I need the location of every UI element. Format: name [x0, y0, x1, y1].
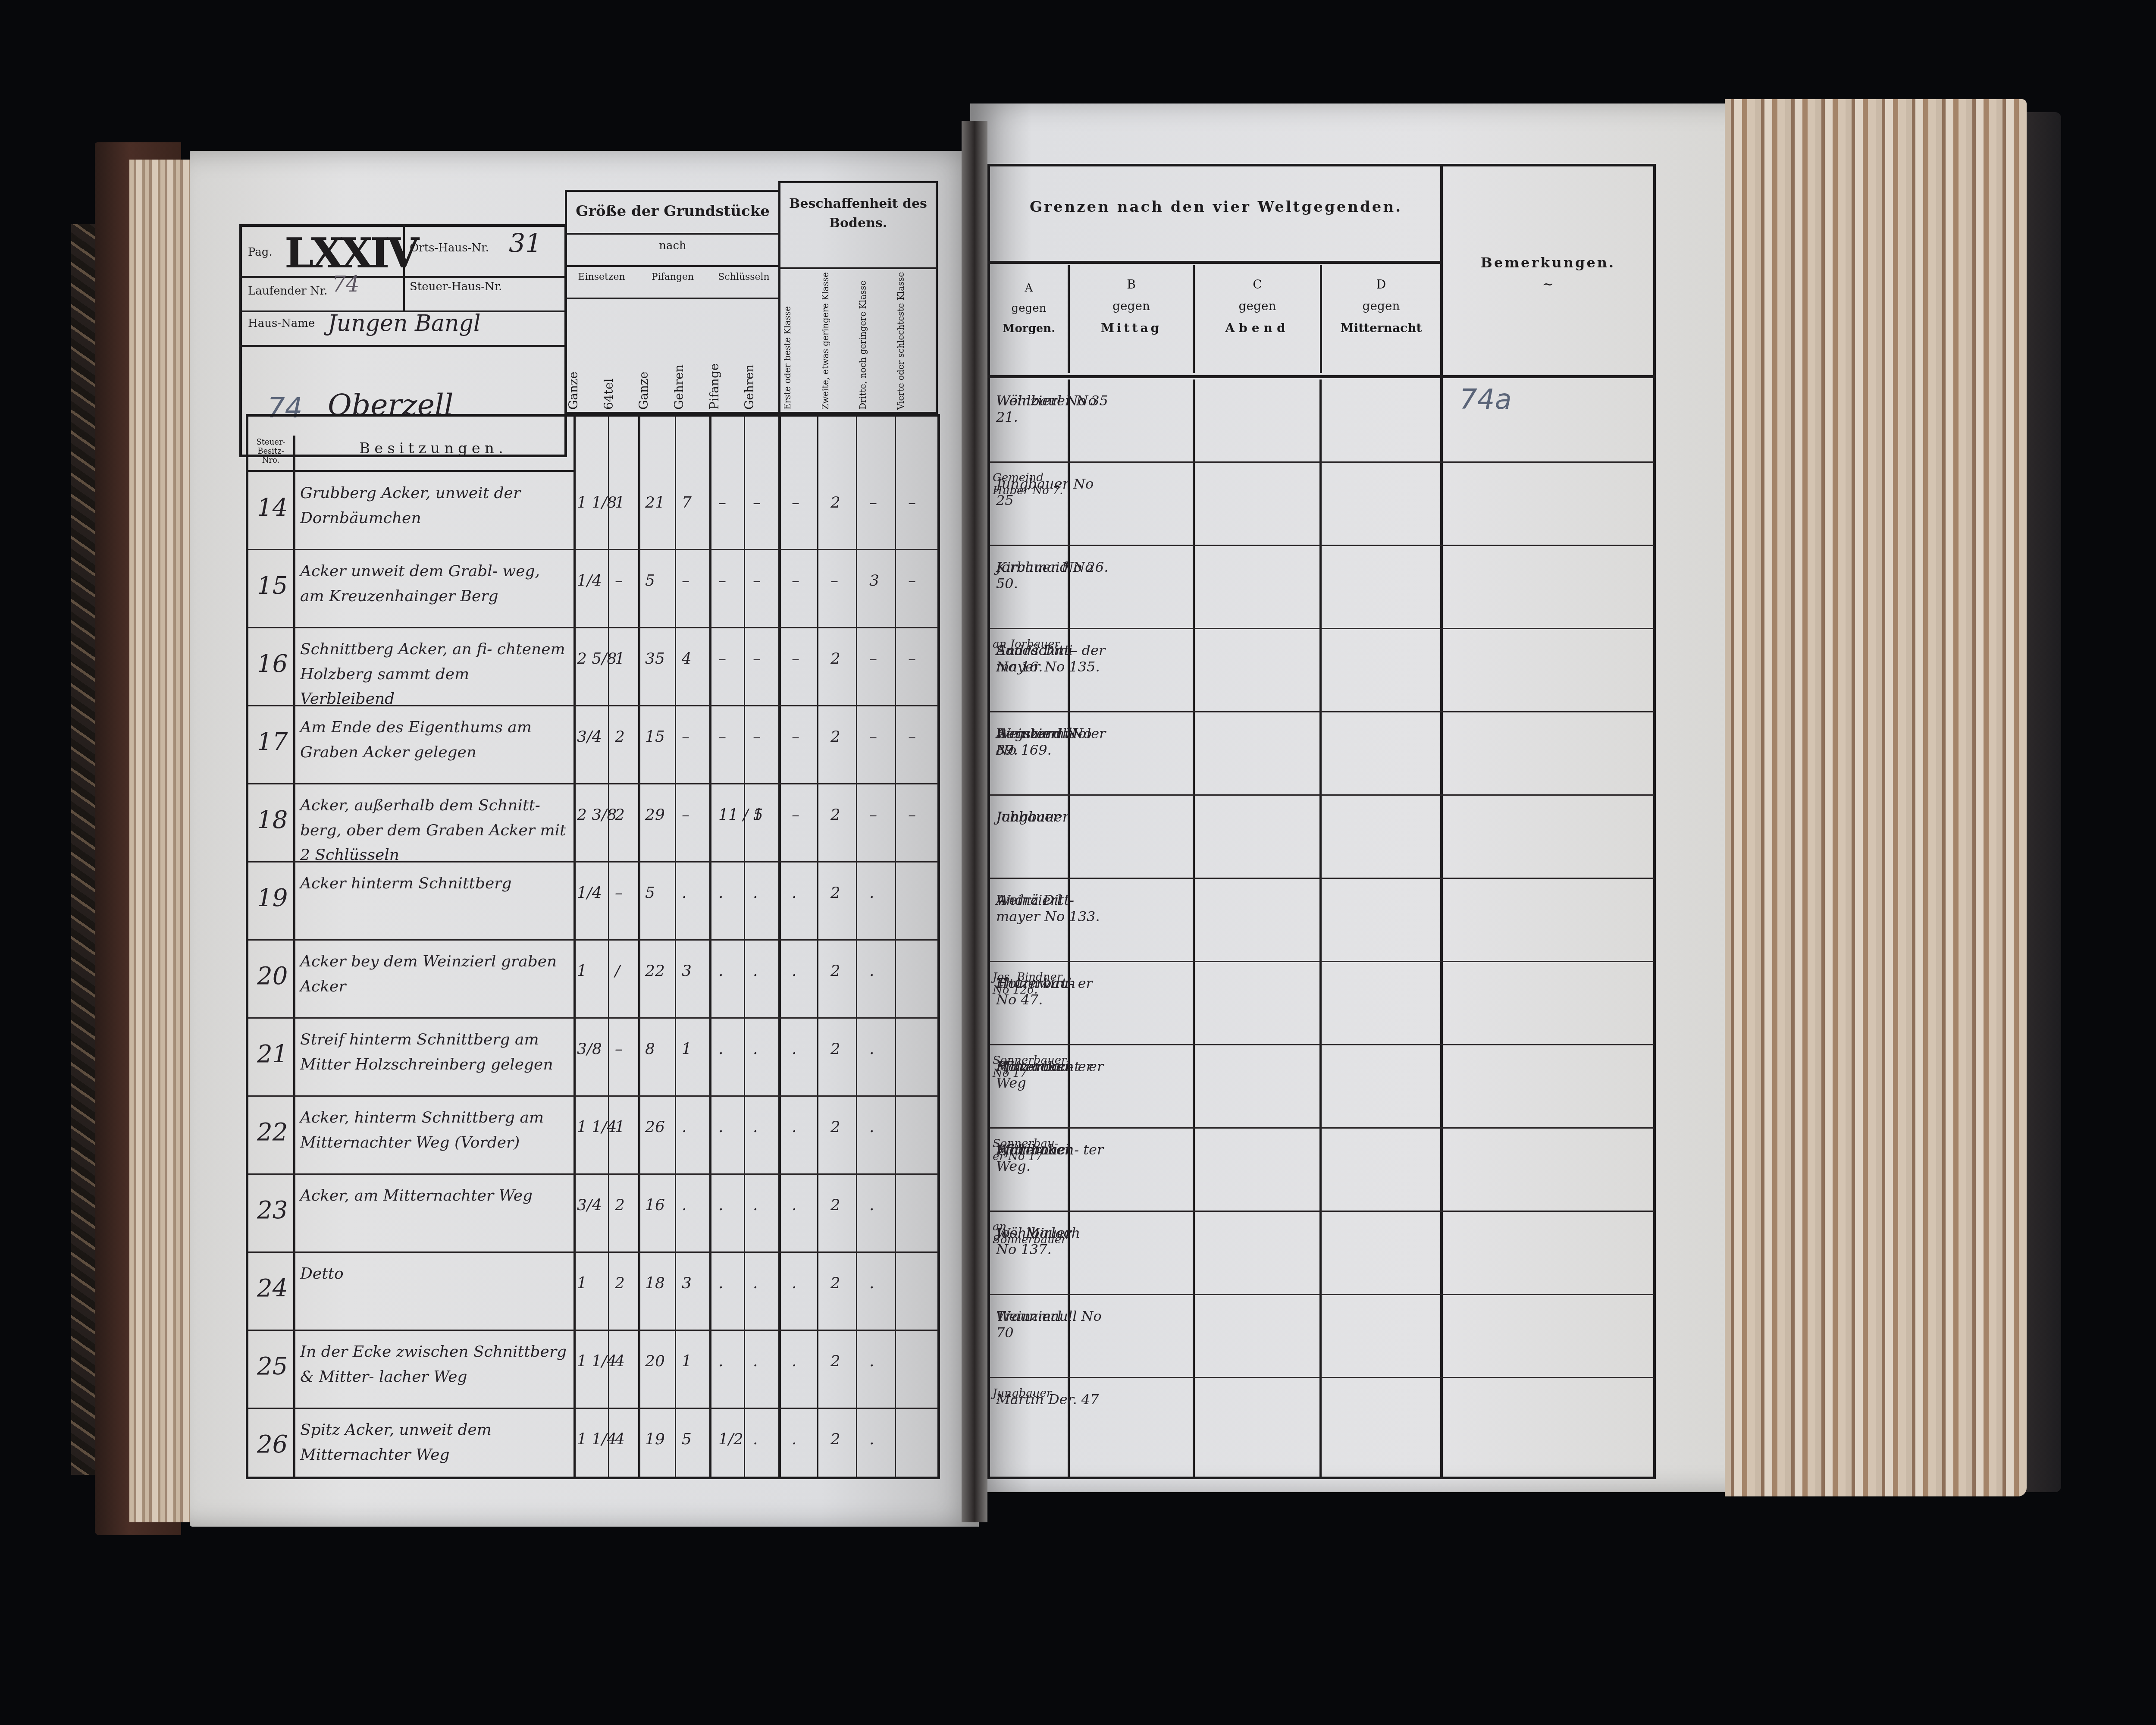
- right-page-columns-1-gegen: gegen: [1070, 295, 1193, 317]
- laufender-nr-value: 74: [332, 272, 360, 297]
- left-page-rows-0-k3: –: [869, 494, 877, 511]
- left-page-rows-11-nro: 25: [257, 1352, 288, 1380]
- right-page-rows-0-d: Wöhlbauer No 21.: [990, 379, 1111, 438]
- left-page-rows-2-nro: 16: [257, 650, 288, 678]
- right-page-columns-0-direction: Morgen.: [990, 319, 1068, 339]
- left-page-rows-7-nro: 21: [257, 1040, 288, 1068]
- left-page-rows-4-pifangen-ganze: 29: [645, 806, 665, 824]
- left-page-rows-1-einsetzen-ganze: 1/4: [577, 572, 602, 590]
- left-page-rows-5-nro: 19: [257, 884, 288, 912]
- left-page-rows-6-desc: Acker bey dem Weinzierl graben Acker: [300, 949, 567, 999]
- table-row[interactable]: Jorbauer No 26. Kirchmaid No 50.: [990, 546, 1654, 629]
- left-page-rows-2-desc: Schnittberg Acker, an fi- chtenem Holzbe…: [300, 637, 567, 712]
- left-page-rows-2-k1: –: [792, 650, 799, 668]
- left-page-rows-10-pifange: .: [718, 1274, 723, 1292]
- left-page-rows-11-einsetzen-64tel: 4: [615, 1352, 625, 1370]
- left-page-rows-3-k2: 2: [830, 728, 840, 746]
- left-page-rows-12-desc: Spitz Acker, unweit dem Mitternachter We…: [300, 1418, 567, 1467]
- left-rows: 14 Grubberg Acker, unweit der Dornbäumch…: [248, 472, 938, 1486]
- table-row[interactable]: Traunmaull No 70 Weinzierl: [990, 1295, 1654, 1378]
- klasse-1: Erste oder beste Klasse: [783, 272, 821, 410]
- left-page-rows-0-k1: –: [792, 494, 799, 511]
- table-row[interactable]: Jungbauer · Martin Der. 47: [990, 1378, 1654, 1460]
- left-page-rows-5-desc: Acker hinterm Schnittberg: [300, 871, 567, 896]
- table-row[interactable]: an Jorbauer Sandschmi- der No 16. Andrä …: [990, 629, 1654, 712]
- left-page-rows-1-pifangen-ganze: 5: [645, 572, 655, 590]
- right-page-columns-2-gegen: gegen: [1195, 295, 1320, 317]
- left-page-rows-10-k3: .: [869, 1274, 874, 1292]
- left-page-rows-5-k1: .: [792, 884, 796, 902]
- einsetzen-label: Einsetzen: [567, 272, 636, 282]
- schluesseln-label: Schlüsseln: [709, 272, 778, 282]
- left-page-rows-4-k2: 2: [830, 806, 840, 824]
- col-b-header: BgegenMittag: [1070, 265, 1195, 373]
- left-page-rows-5-einsetzen-ganze: 1/4: [577, 884, 602, 902]
- table-row[interactable]: 18 Acker, außerhalb dem Schnitt- berg, o…: [248, 784, 938, 862]
- left-page-rows-0-pifangen-gehren: 7: [682, 494, 692, 511]
- left-page-rows-0-k4: –: [908, 494, 916, 511]
- left-page-rows-12-einsetzen-ganze: 1 1/4: [577, 1430, 617, 1448]
- right-page-columns-3-direction: Mitternacht: [1322, 317, 1440, 339]
- left-page-rows-2-einsetzen-64tel: 1: [615, 650, 625, 668]
- left-page-rows-1-k2: –: [830, 572, 838, 590]
- left-page-rows-0-k2: 2: [830, 494, 840, 511]
- table-row[interactable]: 14 Grubberg Acker, unweit der Dornbäumch…: [248, 472, 938, 550]
- left-page-rows-6-einsetzen-ganze: 1: [577, 962, 587, 980]
- left-page-rows-12-nro: 26: [257, 1430, 288, 1458]
- right-page-columns-0-letter: A: [990, 278, 1068, 298]
- left-page-rows-4-einsetzen-64tel: 2: [615, 806, 625, 824]
- left-page-rows-3-einsetzen-64tel: 2: [615, 728, 625, 746]
- left-page-rows-0-gehren: –: [753, 494, 761, 511]
- left-page-rows-2-einsetzen-ganze: 2 5/8: [577, 650, 617, 668]
- left-page-rows-6-pifange: .: [718, 962, 723, 980]
- right-page-rows-8-d: Pfarracker: [990, 1045, 1111, 1088]
- left-page-rows-3-k4: –: [908, 728, 916, 746]
- left-page-rows-3-pifangen-ganze: 15: [645, 728, 665, 746]
- left-page-rows-12-k2: 2: [830, 1430, 840, 1448]
- left-page-rows-12-k3: .: [869, 1430, 874, 1448]
- left-page-rows-3-einsetzen-ganze: 3/4: [577, 728, 602, 746]
- right-page-columns-2-direction: Abend: [1195, 317, 1320, 339]
- left-page-rows-8-nro: 22: [257, 1118, 288, 1146]
- left-page-rows-2-pifangen-ganze: 35: [645, 650, 665, 668]
- table-row[interactable]: Sonnerbau- er No 17 Pfarracker Mitternac…: [990, 1129, 1654, 1212]
- left-page-rows-7-gehren: .: [753, 1040, 758, 1058]
- left-page-rows-4-nro: 18: [257, 806, 288, 834]
- left-page-rows-12-pifange: 1/2: [718, 1430, 743, 1448]
- left-page-rows-3-pifangen-gehren: –: [682, 728, 689, 746]
- left-page-rows-8-gehren: .: [753, 1118, 758, 1136]
- left-page-rows-3-pifange: –: [718, 728, 726, 746]
- left-page-rows-7-k2: 2: [830, 1040, 840, 1058]
- left-page-rows-1-desc: Acker unweit dem Grabl- weg, am Kreuzenh…: [300, 559, 567, 608]
- besitzungen-label: Besitzungen.: [298, 440, 569, 457]
- subcol-schluesseln-pifange: Pifange: [708, 302, 743, 410]
- left-page-rows-7-einsetzen-64tel: –: [615, 1040, 623, 1058]
- left-page-rows-6-k1: .: [792, 962, 796, 980]
- left-page-rows-1-k3: 3: [869, 572, 879, 590]
- left-page-rows-10-einsetzen-ganze: 1: [577, 1274, 587, 1292]
- left-page-rows-10-pifangen-ganze: 18: [645, 1274, 665, 1292]
- left-page-rows-8-pifange: .: [718, 1118, 723, 1136]
- right-page-rows-5-d: Jobbauer: [990, 796, 1111, 838]
- left-page-rows-7-pifangen-gehren: 1: [682, 1040, 692, 1058]
- left-page-rows-11-k3: .: [869, 1352, 874, 1370]
- left-page-rows-11-einsetzen-ganze: 1 1/4: [577, 1352, 617, 1370]
- right-page-rows-12-d: [990, 1378, 1111, 1404]
- haus-name-value: Jungen Bangl: [328, 310, 481, 336]
- left-page-rows-8-pifangen-gehren: .: [682, 1118, 686, 1136]
- pag-label: Pag.: [248, 246, 273, 259]
- table-row[interactable]: 24 Detto 1 2 18 3 . . . 2 .: [248, 1253, 938, 1331]
- left-page-rows-6-pifangen-ganze: 22: [645, 962, 665, 980]
- left-page-rows-6-k2: 2: [830, 962, 840, 980]
- left-page-rows-5-pifangen-ganze: 5: [645, 884, 655, 902]
- left-page-rows-1-k4: –: [908, 572, 916, 590]
- subcol-einsetzen-64tel: 64tel: [602, 302, 638, 410]
- left-page-rows-4-gehren: 1: [753, 806, 763, 824]
- table-row[interactable]: Weinzierl No 35 Wöhlbauer No 21.: [990, 379, 1654, 463]
- left-page-rows-5-gehren: .: [753, 884, 758, 902]
- left-page-rows-6-einsetzen-64tel: /: [615, 962, 620, 980]
- left-page-rows-10-desc: Detto: [300, 1261, 567, 1286]
- left-page-rows-1-pifange: –: [718, 572, 726, 590]
- col-a-header: AgegenMorgen.: [990, 265, 1070, 373]
- pag-value: LXXIV: [285, 229, 417, 277]
- col-d-header: DgegenMitternacht: [1322, 265, 1440, 373]
- left-page-rows-0-desc: Grubberg Acker, unweit der Dornbäumchen: [300, 481, 567, 530]
- left-page-rows-10-nro: 24: [257, 1274, 288, 1302]
- right-page-rows-9-d: Wöhlbauer: [990, 1129, 1111, 1171]
- klasse-subcolumns: Erste oder beste Klasse Zweite, etwas ge…: [783, 272, 934, 410]
- left-page-rows-0-einsetzen-64tel: 1: [615, 494, 625, 511]
- size-subcolumns: Ganze 64tel Ganze Gehren Pifange Gehren: [567, 302, 778, 410]
- orts-haus-nr-value: 31: [509, 229, 542, 259]
- left-page-rows-1-k1: –: [792, 572, 799, 590]
- left-page-rows-7-desc: Streif hinterm Schnittberg am Mitter Hol…: [300, 1027, 567, 1077]
- left-page-rows-11-pifange: .: [718, 1352, 723, 1370]
- book-gutter: [962, 121, 987, 1522]
- left-page-rows-9-k2: 2: [830, 1196, 840, 1214]
- haus-name-label: Haus-Name: [248, 317, 315, 330]
- right-page-rows-2-d: Kirchmaid No 50.: [990, 546, 1111, 605]
- left-page-rows-9-k1: .: [792, 1196, 796, 1214]
- table-row[interactable]: Sonnerbauer No 17 Holzerbau- er Mitterna…: [990, 1045, 1654, 1129]
- table-row[interactable]: Gemeind Huber No 7. Jungbauer No 25: [990, 463, 1654, 546]
- right-page-columns-3-gegen: gegen: [1322, 295, 1440, 317]
- left-page-rows-4-k1: –: [792, 806, 799, 824]
- left-page-rows-3-desc: Am Ende des Eigenthums am Graben Acker g…: [300, 715, 567, 765]
- left-page-rows-2-pifange: –: [718, 650, 726, 668]
- table-row[interactable]: an Sonnerbauer Wöhlbauer Jos. Mirlach No…: [990, 1212, 1654, 1295]
- left-page-rows-9-k3: .: [869, 1196, 874, 1214]
- direction-headers: AgegenMorgen. BgegenMittag CgegenAbend D…: [990, 265, 1440, 373]
- left-page-rows-1-pifangen-gehren: –: [682, 572, 689, 590]
- left-page-rows-8-k1: .: [792, 1118, 796, 1136]
- orts-haus-nr-label: Orts-Haus-Nr.: [410, 241, 489, 254]
- left-page-rows-11-pifangen-ganze: 20: [645, 1352, 665, 1370]
- left-page-rows-4-k4: –: [908, 806, 916, 824]
- right-rows: Weinzierl No 35 Wöhlbauer No 21. Gemeind…: [990, 379, 1654, 1460]
- left-page-rows-3-gehren: –: [753, 728, 761, 746]
- left-page-rows-3-k1: –: [792, 728, 799, 746]
- left-page-rows-5-k2: 2: [830, 884, 840, 902]
- left-page-rows-12-gehren: .: [753, 1430, 758, 1448]
- table-row[interactable]: 26 Spitz Acker, unweit dem Mitternachter…: [248, 1409, 938, 1486]
- laufender-nr-label: Laufender Nr.: [248, 285, 328, 298]
- right-page-columns-0-gegen: gegen: [990, 298, 1068, 319]
- right-page-rows-7-d: Holzerbau- er No 47.: [990, 962, 1111, 1021]
- pifangen-label: Pifangen: [638, 272, 707, 282]
- right-page-rows-3-d: Andrä Ditt- mayer No 135.: [990, 629, 1111, 688]
- table-row[interactable]: 23 Acker, am Mitternachter Weg 3/4 2 16 …: [248, 1175, 938, 1253]
- right-page-columns-1-letter: B: [1070, 274, 1193, 295]
- right-page-columns-3-letter: D: [1322, 274, 1440, 295]
- right-page-rows-4-d: Weinzierl No 39: [990, 712, 1111, 771]
- table-row[interactable]: 17 Am Ende des Eigenthums am Graben Acke…: [248, 706, 938, 784]
- left-page-rows-4-desc: Acker, außerhalb dem Schnitt- berg, ober…: [300, 793, 567, 868]
- table-row[interactable]: 25 In der Ecke zwischen Schnittberg & Mi…: [248, 1331, 938, 1409]
- left-page-rows-10-k1: .: [792, 1274, 796, 1292]
- bemerkungen-header: Bemerkungen.: [1445, 254, 1651, 271]
- left-page-rows-9-einsetzen-ganze: 3/4: [577, 1196, 602, 1214]
- nach-label: nach: [569, 239, 776, 252]
- table-row[interactable]: 19 Acker hinterm Schnittberg 1/4 – 5 . .…: [248, 862, 938, 941]
- left-page-rows-9-nro: 23: [257, 1196, 288, 1224]
- left-page-rows-7-pifange: .: [718, 1040, 723, 1058]
- left-page-rows-8-k3: .: [869, 1118, 874, 1136]
- left-page-rows-12-k1: .: [792, 1430, 796, 1448]
- left-page-rows-11-pifangen-gehren: 1: [682, 1352, 692, 1370]
- subcol-schluesseln-gehren: Gehren: [743, 302, 778, 410]
- left-page-rows-10-einsetzen-64tel: 2: [615, 1274, 625, 1292]
- left-page-rows-8-desc: Acker, hinterm Schnittberg am Mitternach…: [300, 1105, 567, 1155]
- right-page-columns-2-letter: C: [1195, 274, 1320, 295]
- table-row[interactable]: Jos. Bindner No 126. Thurnwirth Holzerba…: [990, 962, 1654, 1045]
- subcol-einsetzen-ganze: Ganze: [567, 302, 602, 410]
- left-page-rows-9-pifangen-ganze: 16: [645, 1196, 665, 1214]
- table-row[interactable]: Augstermül- ler No 169. Bernhardl No 87.…: [990, 712, 1654, 796]
- left-page-rows-0-einsetzen-ganze: 1 1/8: [577, 494, 617, 511]
- left-page-rows-8-einsetzen-ganze: 1 1/4: [577, 1118, 617, 1136]
- grenzen-header: Grenzen nach den vier Weltgegenden.: [996, 198, 1436, 216]
- left-page-rows-1-einsetzen-64tel: –: [615, 572, 623, 590]
- left-page-rows-7-k3: .: [869, 1040, 874, 1058]
- right-page-rows-11-d: Weinzierl: [990, 1295, 1111, 1337]
- right-page-rows-1-d: [990, 463, 1111, 489]
- bemerkungen-flourish: ~: [1445, 276, 1651, 292]
- left-page-rows-11-desc: In der Ecke zwischen Schnittberg & Mitte…: [300, 1339, 567, 1389]
- right-page-rows-6-d: Weinzierl: [990, 879, 1111, 921]
- klasse-4: Vierte oder schlechteste Klasse: [896, 272, 934, 410]
- left-page-rows-3-k3: –: [869, 728, 877, 746]
- left-page-rows-9-desc: Acker, am Mitternachter Weg: [300, 1183, 567, 1208]
- klasse-3: Dritte, noch geringere Klasse: [858, 272, 896, 410]
- subcol-pifangen-ganze: Ganze: [637, 302, 673, 410]
- left-page-rows-5-pifangen-gehren: .: [682, 884, 686, 902]
- left-page-rows-2-k4: –: [908, 650, 916, 668]
- left-page-rows-3-nro: 17: [257, 728, 288, 756]
- col-c-header: CgegenAbend: [1195, 265, 1322, 373]
- left-page-rows-7-einsetzen-ganze: 3/8: [577, 1040, 602, 1058]
- left-page-rows-10-k2: 2: [830, 1274, 840, 1292]
- beschaffenheit-header: Beschaffenheit des Bodens.: [785, 194, 931, 233]
- left-page-rows-9-einsetzen-64tel: 2: [615, 1196, 625, 1214]
- left-page-rows-6-nro: 20: [257, 962, 288, 990]
- left-page-rows-5-pifange: .: [718, 884, 723, 902]
- left-page-rows-6-pifangen-gehren: 3: [682, 962, 692, 980]
- table-row[interactable]: 20 Acker bey dem Weinzierl graben Acker …: [248, 941, 938, 1019]
- left-page-rows-0-nro: 14: [257, 494, 288, 522]
- left-page-rows-4-k3: –: [869, 806, 877, 824]
- left-page-rows-2-pifangen-gehren: 4: [682, 650, 692, 668]
- groesse-header: Größe der Grundstücke: [569, 203, 776, 220]
- left-page-rows-2-k2: 2: [830, 650, 840, 668]
- page-edges-right: [1725, 99, 2027, 1496]
- left-page-rows-10-pifangen-gehren: 3: [682, 1274, 692, 1292]
- left-page-rows-9-gehren: .: [753, 1196, 758, 1214]
- left-page-rows-7-pifangen-ganze: 8: [645, 1040, 655, 1058]
- table-row[interactable]: 21 Streif hinterm Schnittberg am Mitter …: [248, 1019, 938, 1097]
- right-page-rows-10-d: Jos. Mirlach No 137.: [990, 1212, 1111, 1270]
- right-page-columns-1-direction: Mittag: [1070, 317, 1193, 339]
- left-page-rows-11-gehren: .: [753, 1352, 758, 1370]
- left-page-rows-12-pifangen-ganze: 19: [645, 1430, 665, 1448]
- table-row[interactable]: 15 Acker unweit dem Grabl- weg, am Kreuz…: [248, 550, 938, 628]
- left-page-rows-12-einsetzen-64tel: 4: [615, 1430, 625, 1448]
- subcol-pifangen-gehren: Gehren: [673, 302, 708, 410]
- left-page-rows-8-k2: 2: [830, 1118, 840, 1136]
- left-page-rows-7-k1: .: [792, 1040, 796, 1058]
- steuer-haus-nr-label: Steuer-Haus-Nr.: [410, 280, 502, 293]
- left-page-rows-9-pifangen-gehren: .: [682, 1196, 686, 1214]
- left-page-rows-6-k3: .: [869, 962, 874, 980]
- left-page-rows-4-einsetzen-ganze: 2 3/8: [577, 806, 617, 824]
- table-row[interactable]: Andrä Ditt- mayer No 133. Weinzierl: [990, 879, 1654, 962]
- left-page-rows-9-pifange: .: [718, 1196, 723, 1214]
- table-row[interactable]: 22 Acker, hinterm Schnittberg am Mittern…: [248, 1097, 938, 1175]
- left-page-rows-8-einsetzen-64tel: 1: [615, 1118, 625, 1136]
- steuer-besitz-nro-label: Steuer-Besitz-Nro.: [249, 438, 292, 465]
- left-page-rows-4-pifangen-gehren: –: [682, 806, 689, 824]
- table-row[interactable]: Jungbauer Jobbauer: [990, 796, 1654, 879]
- table-row[interactable]: 16 Schnittberg Acker, an fi- chtenem Hol…: [248, 628, 938, 706]
- left-page-rows-0-pifangen-ganze: 21: [645, 494, 665, 511]
- left-page-rows-1-nro: 15: [257, 572, 288, 600]
- left-page-rows-10-gehren: .: [753, 1274, 758, 1292]
- left-page-rows-2-k3: –: [869, 650, 877, 668]
- left-page-rows-5-k3: .: [869, 884, 874, 902]
- left-page-rows-11-k2: 2: [830, 1352, 840, 1370]
- left-page-rows-8-pifangen-ganze: 26: [645, 1118, 665, 1136]
- left-page-rows-6-gehren: .: [753, 962, 758, 980]
- left-page-rows-12-pifangen-gehren: 5: [682, 1430, 692, 1448]
- left-page-rows-0-pifange: –: [718, 494, 726, 511]
- left-page-rows-5-einsetzen-64tel: –: [615, 884, 623, 902]
- left-page-rows-1-gehren: –: [753, 572, 761, 590]
- left-page-rows-11-k1: .: [792, 1352, 796, 1370]
- left-page-rows-2-gehren: –: [753, 650, 761, 668]
- klasse-2: Zweite, etwas geringere Klasse: [821, 272, 859, 410]
